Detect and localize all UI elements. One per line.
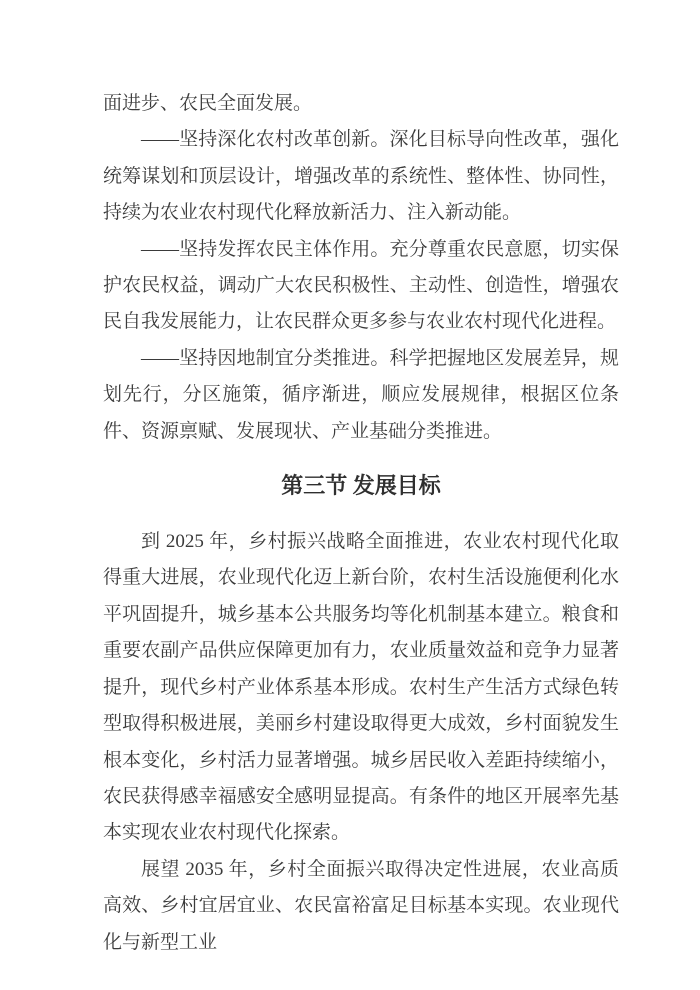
principle-paragraph-farmer-role: ——坚持发挥农民主体作用。充分尊重农民意愿，切实保护农民权益，调动广大农民积极性…	[103, 232, 619, 341]
paragraph-continuation: 面进步、农民全面发展。	[103, 86, 619, 122]
document-body: 面进步、农民全面发展。 ——坚持深化农村改革创新。深化目标导向性改革，强化统筹谋…	[103, 86, 619, 961]
target-paragraph-2035: 展望 2035 年，乡村全面振兴取得决定性进展，农业高质高效、乡村宜居宜业、农民…	[103, 852, 619, 961]
document-page: 面进步、农民全面发展。 ——坚持深化农村改革创新。深化目标导向性改革，强化统筹谋…	[0, 0, 700, 990]
target-paragraph-2025: 到 2025 年，乡村振兴战略全面推进，农业农村现代化取得重大进展，农业现代化迈…	[103, 524, 619, 852]
section-heading: 第三节 发展目标	[103, 468, 619, 504]
principle-paragraph-reform-innovation: ——坚持深化农村改革创新。深化目标导向性改革，强化统筹谋划和顶层设计，增强改革的…	[103, 122, 619, 231]
principle-paragraph-local-conditions: ——坚持因地制宜分类推进。科学把握地区发展差异，规划先行，分区施策，循序渐进，顺…	[103, 341, 619, 450]
